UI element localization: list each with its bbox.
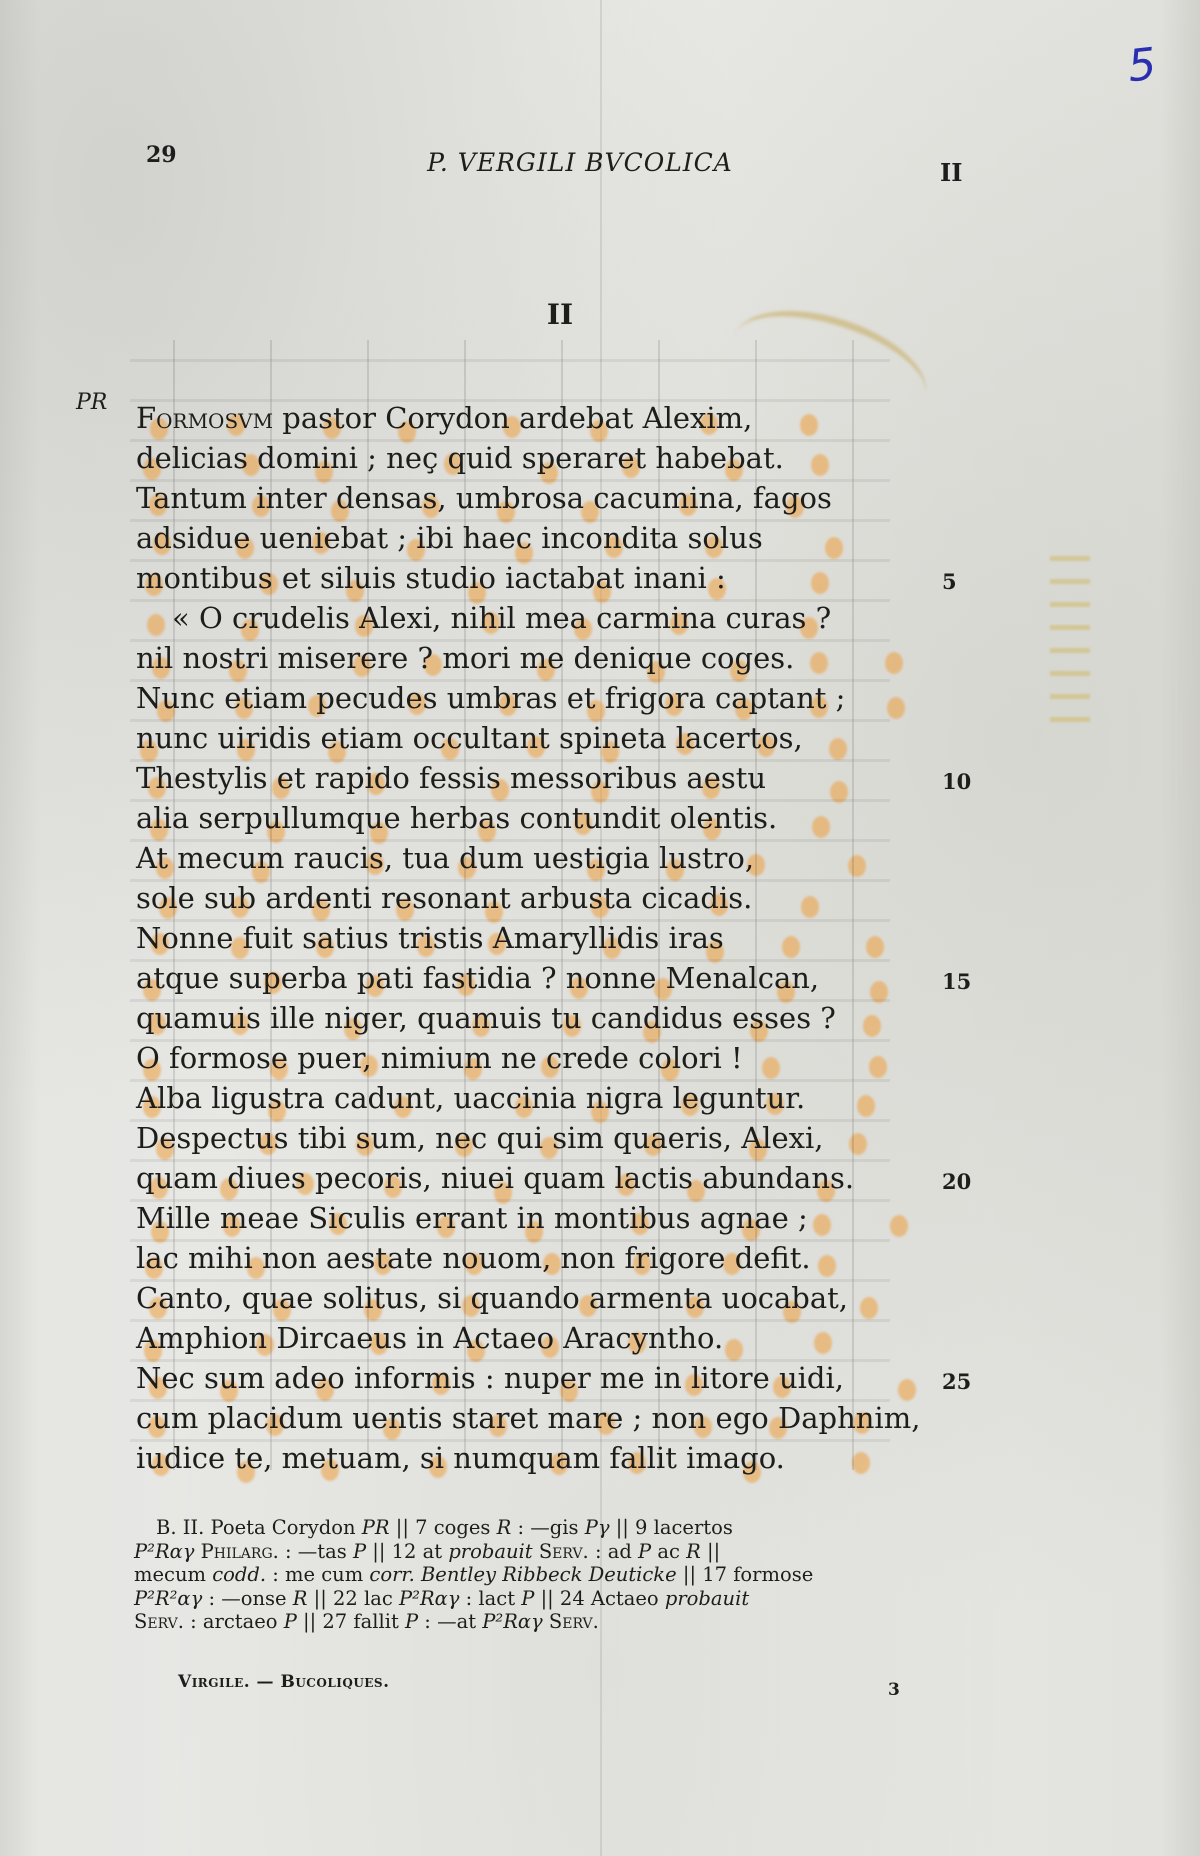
verse-text: Nonne fuit satius tristis Amaryllidis ir… <box>136 921 724 955</box>
line-number: 25 <box>942 1362 971 1402</box>
verse-line: Amphion Dircaeus in Actaeo Aracyntho. <box>136 1318 976 1358</box>
verse-text: nil nostri miserere ? mori me denique co… <box>136 641 794 675</box>
apparatus-segment: R <box>497 1516 512 1539</box>
verse-line: Despectus tibi sum, nec qui sim quaeris,… <box>136 1118 976 1158</box>
apparatus-segment: || 12 at <box>366 1540 448 1563</box>
line-number: 10 <box>942 762 971 802</box>
apparatus-segment: : me cum <box>266 1563 369 1586</box>
apparatus-segment: P²Rαγ <box>482 1610 542 1633</box>
apparatus-segment: Serv. <box>134 1610 184 1633</box>
signature-number: 3 <box>888 1680 900 1700</box>
apparatus-segment: P²Rαγ <box>134 1540 194 1563</box>
apparatus-segment: || 7 coges <box>390 1516 497 1539</box>
verse-text: Nunc etiam pecudes umbras et frigora cap… <box>136 681 845 715</box>
verse-line: sole sub ardenti resonant arbusta cicadi… <box>136 878 976 918</box>
verse-line: nil nostri miserere ? mori me denique co… <box>136 638 976 678</box>
apparatus-segment: P <box>521 1587 534 1610</box>
printer-signature: Virgile. — Bucoliques. <box>178 1672 390 1692</box>
apparatus-segment: Serv. <box>533 1540 589 1563</box>
verse-line: Canto, quae solitus, si quando armenta u… <box>136 1278 976 1318</box>
apparatus-line: mecum codd. : me cum corr. Bentley Ribbe… <box>134 1563 954 1587</box>
verse-line: nunc uiridis etiam occultant spineta lac… <box>136 718 976 758</box>
apparatus-segment: Pγ <box>585 1516 610 1539</box>
verse-line: Nonne fuit satius tristis Amaryllidis ir… <box>136 918 976 958</box>
verse-line: O formose puer, nimium ne crede colori ! <box>136 1038 976 1078</box>
apparatus-segment: : —at <box>418 1610 482 1633</box>
verse-text: Formosvm pastor Corydon ardebat Alexim, <box>136 401 752 435</box>
verse-text: nunc uiridis etiam occultant spineta lac… <box>136 721 803 755</box>
apparatus-segment: Serv. <box>543 1610 599 1633</box>
verse-text: quamuis ille niger, quamuis tu candidus … <box>136 1001 836 1035</box>
verse-text: adsidue ueniebat ; ibi haec incondita so… <box>136 521 763 555</box>
verse-line: Formosvm pastor Corydon ardebat Alexim, <box>136 398 976 438</box>
verse-line: Thestylis et rapido fessis messoribus ae… <box>136 758 976 798</box>
verse-text: quam diues pecoris, niuei quam lactis ab… <box>136 1161 854 1195</box>
apparatus-line: Serv. : arctaeo P || 27 fallit P : —at P… <box>134 1610 954 1634</box>
verse-text: cum placidum uentis staret mare ; non eg… <box>136 1401 920 1435</box>
apparatus-segment: P²Rαγ <box>399 1587 459 1610</box>
verse-line: At mecum raucis, tua dum uestigia lustro… <box>136 838 976 878</box>
verse-text: delicias domini ; neç quid speraret habe… <box>136 441 784 475</box>
apparatus-segment: P <box>284 1610 297 1633</box>
verse-rest: pastor Corydon ardebat Alexim, <box>273 401 752 435</box>
critical-apparatus: B. II. Poeta Corydon PR || 7 coges R : —… <box>134 1516 954 1634</box>
verse-line: Mille meae Siculis errant in montibus ag… <box>136 1198 976 1238</box>
verse-text: montibus et siluis studio iactabat inani… <box>136 561 726 595</box>
verse-line: adsidue ueniebat ; ibi haec incondita so… <box>136 518 976 558</box>
verse-text: sole sub ardenti resonant arbusta cicadi… <box>136 881 752 915</box>
verse-text: alia serpullumque herbas contundit olent… <box>136 801 777 835</box>
verse-line: atque superba pati fastidia ? nonne Mena… <box>136 958 976 998</box>
verse-line: « O crudelis Alexi, nihil mea carmina cu… <box>136 598 976 638</box>
apparatus-segment: : lact <box>459 1587 521 1610</box>
apparatus-segment: PR <box>362 1516 390 1539</box>
verse-text: lac mihi non aestate nouom, non frigore … <box>136 1241 811 1275</box>
apparatus-segment: P <box>353 1540 366 1563</box>
apparatus-segment: : ad <box>589 1540 638 1563</box>
verse-line: delicias domini ; neç quid speraret habe… <box>136 438 976 478</box>
apparatus-segment: R <box>293 1587 308 1610</box>
apparatus-segment: R <box>686 1540 701 1563</box>
apparatus-segment: corr. Bentley Ribbeck Deuticke <box>369 1563 676 1586</box>
verse-text: At mecum raucis, tua dum uestigia lustro… <box>136 841 754 875</box>
verse-line: alia serpullumque herbas contundit olent… <box>136 798 976 838</box>
verse-line: Nec sum adeo informis : nuper me in lito… <box>136 1358 976 1398</box>
apparatus-segment: mecum <box>134 1563 212 1586</box>
apparatus-segment: B. II. Poeta Corydon <box>156 1516 362 1539</box>
apparatus-segment: || 9 lacertos <box>610 1516 733 1539</box>
verse-text: iudice te, metuam, si numquam fallit ima… <box>136 1441 785 1475</box>
line-number: 20 <box>942 1162 971 1202</box>
manuscript-sigla: PR <box>76 390 107 415</box>
verse-text: Despectus tibi sum, nec qui sim quaeris,… <box>136 1121 823 1155</box>
handwritten-folio-number: 5 <box>1125 39 1158 93</box>
apparatus-segment: codd. <box>212 1563 266 1586</box>
apparatus-segment: probauit <box>448 1540 532 1563</box>
apparatus-segment: || 24 Actaeo <box>534 1587 665 1610</box>
verse-text: Tantum inter densas, umbrosa cacumina, f… <box>136 481 832 515</box>
apparatus-segment: : —onse <box>202 1587 293 1610</box>
verse-line: iudice te, metuam, si numquam fallit ima… <box>136 1438 976 1478</box>
verse-text: Alba ligustra cadunt, uaccinia nigra leg… <box>136 1081 805 1115</box>
apparatus-segment: P <box>405 1610 418 1633</box>
verse-text: O formose puer, nimium ne crede colori ! <box>136 1041 743 1075</box>
apparatus-segment: probauit <box>665 1587 749 1610</box>
eclogue-heading: II <box>0 298 1120 331</box>
apparatus-segment: || <box>701 1540 720 1563</box>
apparatus-segment: : —tas <box>279 1540 353 1563</box>
verse-text: Thestylis et rapido fessis messoribus ae… <box>136 761 766 795</box>
apparatus-line: B. II. Poeta Corydon PR || 7 coges R : —… <box>134 1516 954 1540</box>
running-section: II <box>940 158 962 187</box>
apparatus-segment: : —gis <box>511 1516 584 1539</box>
verse-line: montibus et siluis studio iactabat inani… <box>136 558 976 598</box>
apparatus-segment: P <box>638 1540 651 1563</box>
verse-text: Canto, quae solitus, si quando armenta u… <box>136 1281 848 1315</box>
apparatus-line: P²R²αγ : —onse R || 22 lac P²Rαγ : lact … <box>134 1587 954 1611</box>
verse-text: Nec sum adeo informis : nuper me in lito… <box>136 1361 844 1395</box>
apparatus-segment: || 27 fallit <box>297 1610 405 1633</box>
verse-line: quam diues pecoris, niuei quam lactis ab… <box>136 1158 976 1198</box>
poem-text: Formosvm pastor Corydon ardebat Alexim,d… <box>136 398 976 1478</box>
verse-text: atque superba pati fastidia ? nonne Mena… <box>136 961 819 995</box>
apparatus-segment: ac <box>651 1540 686 1563</box>
verse-line: Tantum inter densas, umbrosa cacumina, f… <box>136 478 976 518</box>
apparatus-segment: P²R²αγ <box>134 1587 202 1610</box>
verse-line: cum placidum uentis staret mare ; non eg… <box>136 1398 976 1438</box>
line-number: 15 <box>942 962 971 1002</box>
apparatus-segment: Philarg. <box>194 1540 278 1563</box>
apparatus-segment: : arctaeo <box>184 1610 284 1633</box>
verse-text: Mille meae Siculis errant in montibus ag… <box>136 1201 808 1235</box>
opening-word: Formosvm <box>136 401 273 435</box>
running-title: P. VERGILI BVCOLICA <box>0 148 1100 177</box>
verse-text: « O crudelis Alexi, nihil mea carmina cu… <box>136 601 831 635</box>
yellow-stain-ticks <box>1050 540 1090 740</box>
apparatus-line: P²Rαγ Philarg. : —tas P || 12 at probaui… <box>134 1540 954 1564</box>
verse-line: Nunc etiam pecudes umbras et frigora cap… <box>136 678 976 718</box>
verse-line: lac mihi non aestate nouom, non frigore … <box>136 1238 976 1278</box>
apparatus-segment: || 22 lac <box>307 1587 399 1610</box>
line-number: 5 <box>942 562 957 602</box>
verse-text: Amphion Dircaeus in Actaeo Aracyntho. <box>136 1321 723 1355</box>
verse-line: Alba ligustra cadunt, uaccinia nigra leg… <box>136 1078 976 1118</box>
apparatus-segment: || 17 formose <box>677 1563 814 1586</box>
verse-line: quamuis ille niger, quamuis tu candidus … <box>136 998 976 1038</box>
